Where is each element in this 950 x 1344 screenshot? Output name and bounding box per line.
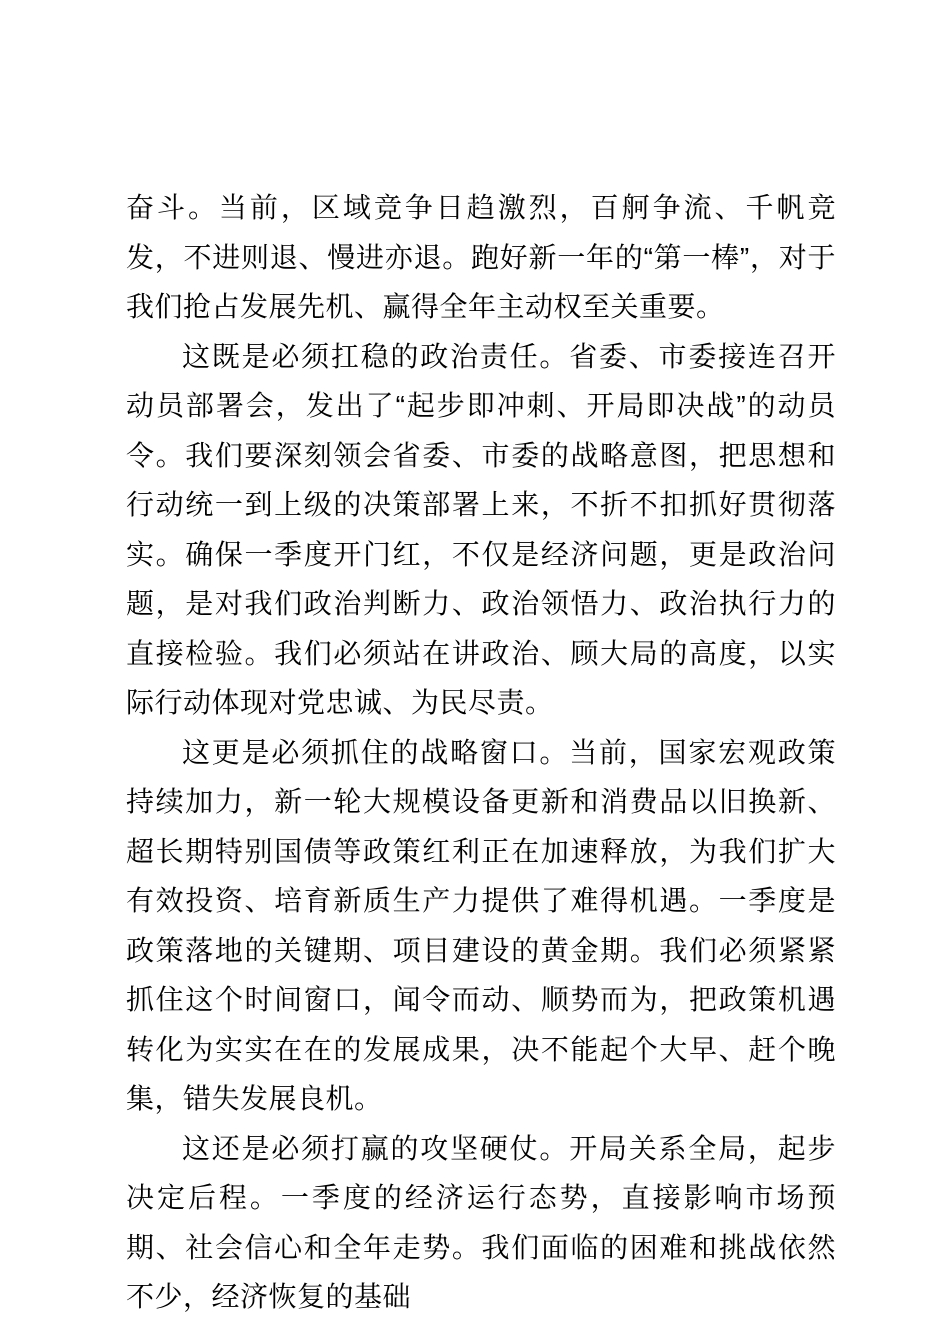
paragraph-4: 这还是必须打赢的攻坚硬仗。开局关系全局，起步决定后程。一季度的经济运行态势，直接… xyxy=(126,1124,836,1322)
paragraph-1: 奋斗。当前，区域竞争日趋激烈，百舸争流、千帆竞发，不进则退、慢进亦退。跑好新一年… xyxy=(126,183,836,332)
paragraph-3: 这更是必须抓住的战略窗口。当前，国家宏观政策持续加力，新一轮大规模设备更新和消费… xyxy=(126,728,836,1124)
document-page: 奋斗。当前，区域竞争日趋激烈，百舸争流、千帆竞发，不进则退、慢进亦退。跑好新一年… xyxy=(0,0,950,1344)
paragraph-2: 这既是必须扛稳的政治责任。省委、市委接连召开动员部署会，发出了“起步即冲刺、开局… xyxy=(126,332,836,728)
